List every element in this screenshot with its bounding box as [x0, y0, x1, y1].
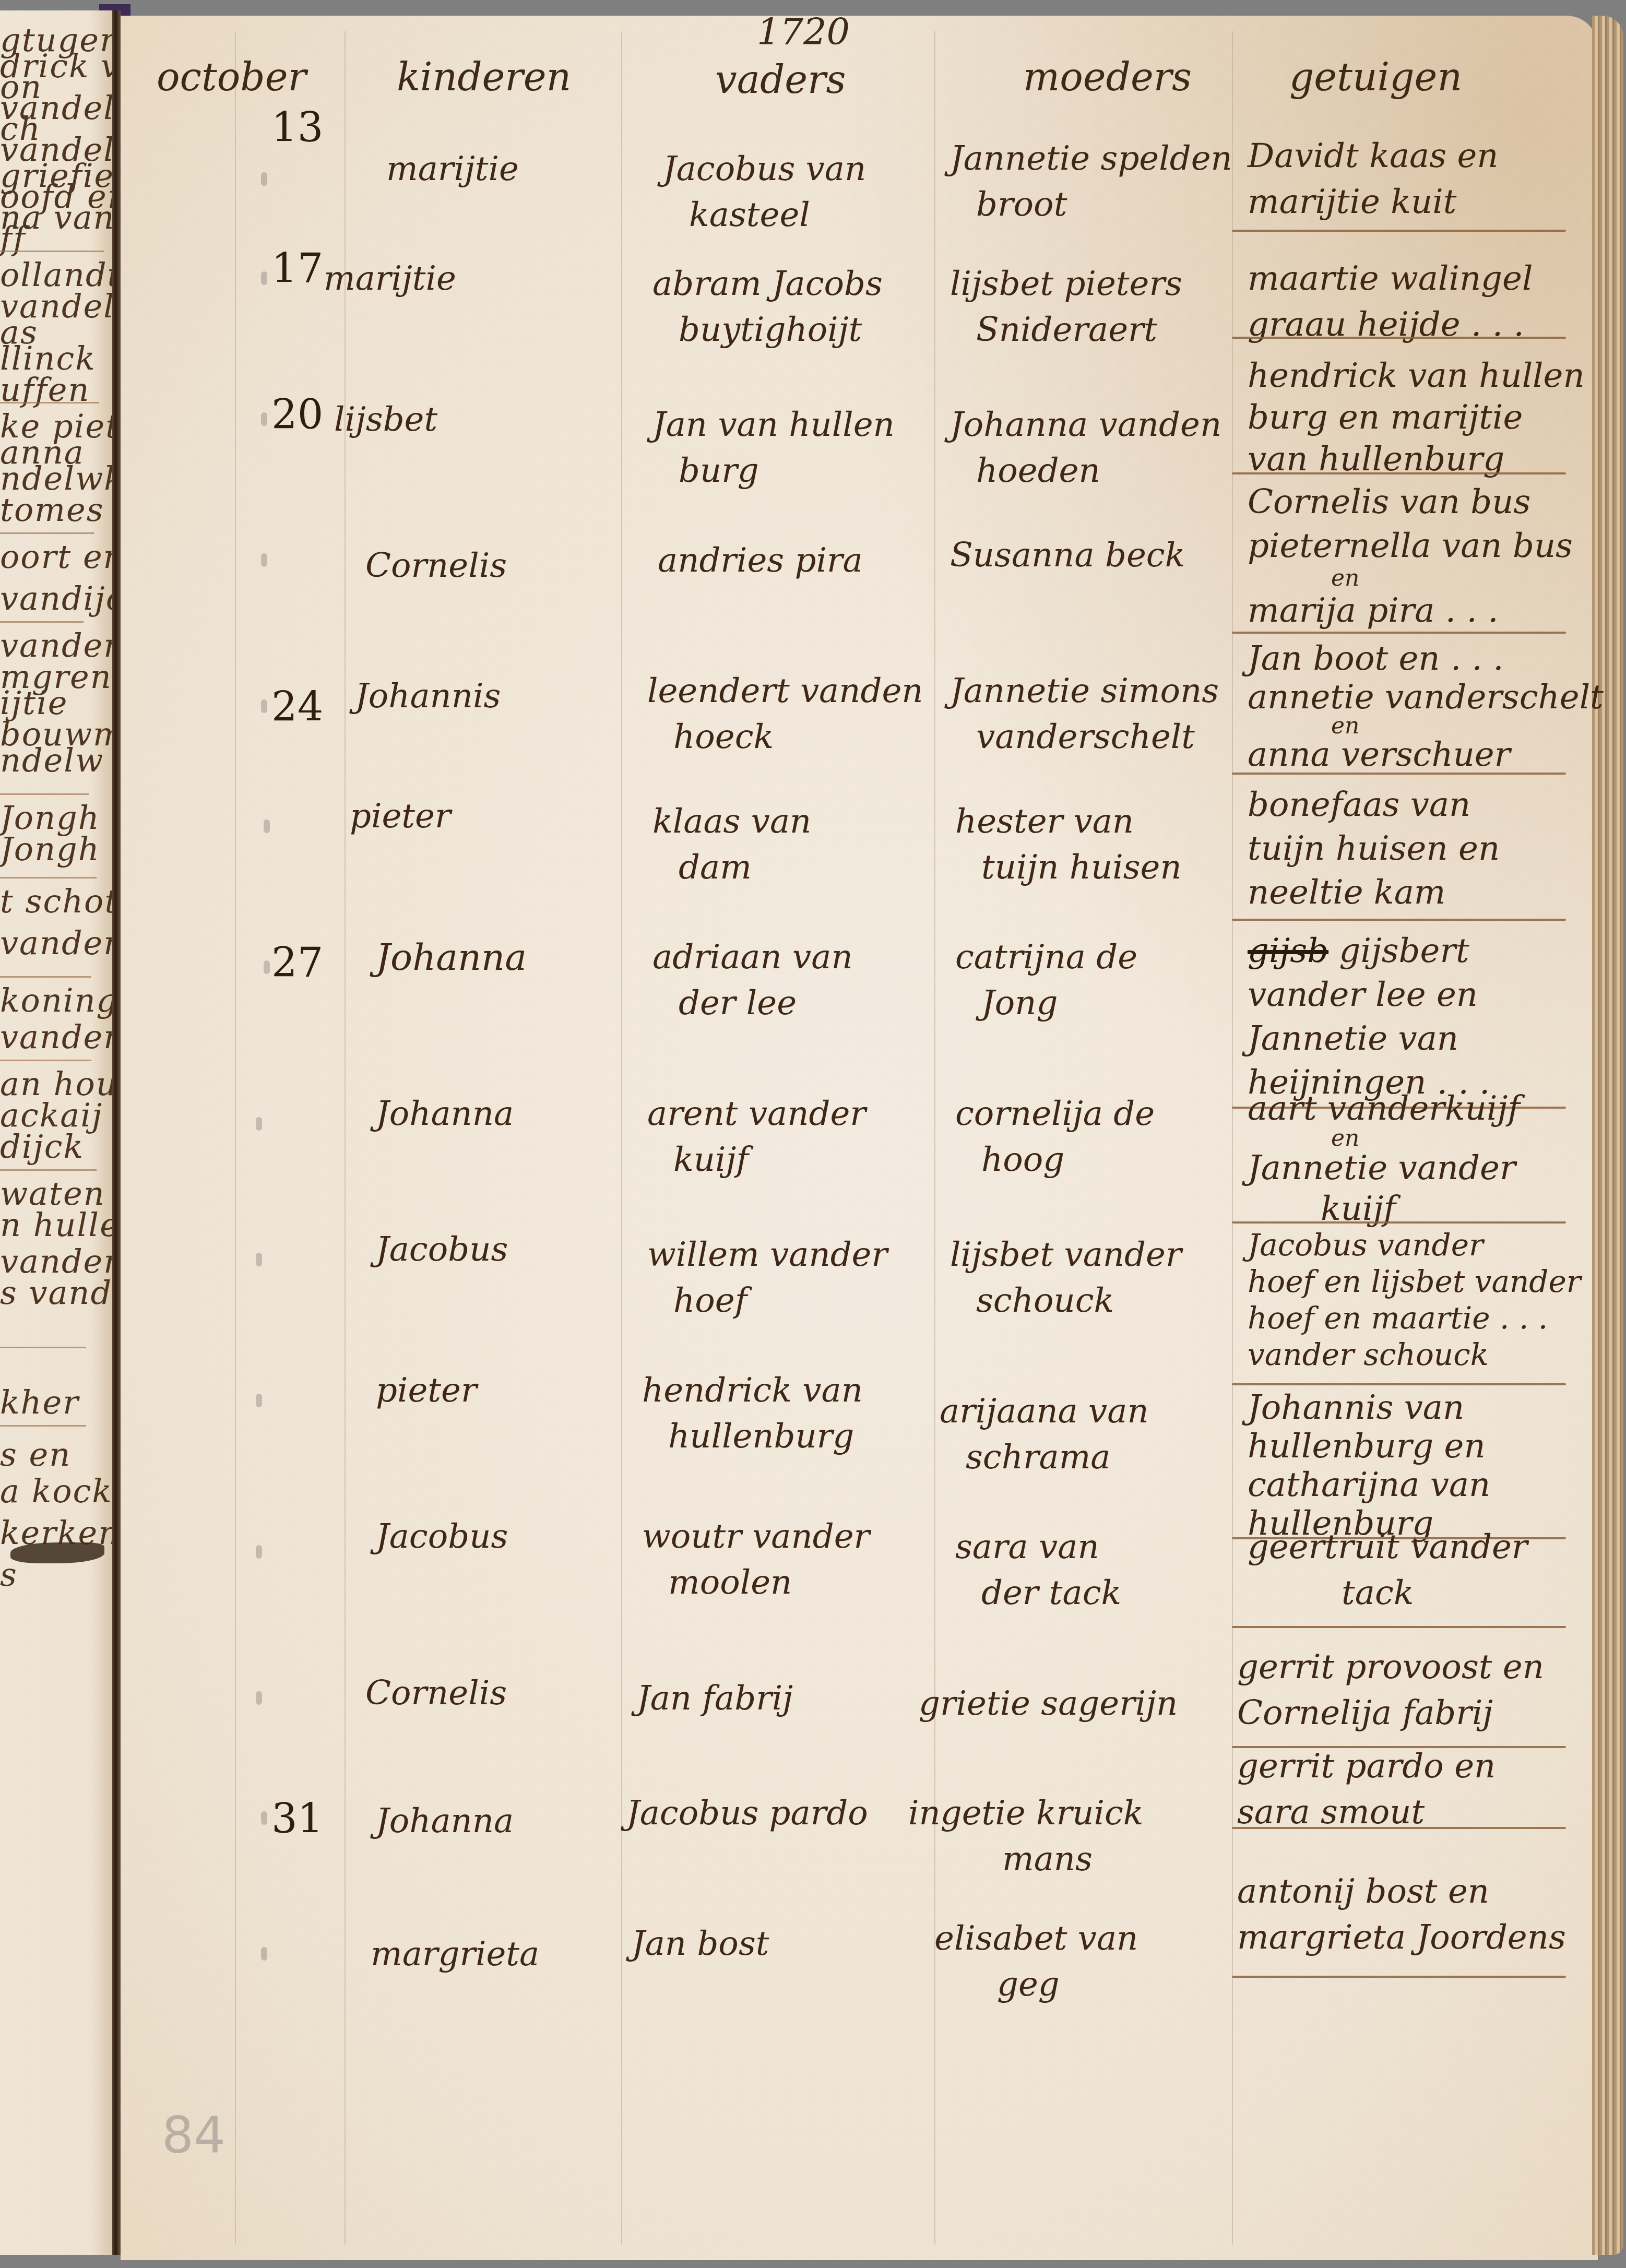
- entry-child: Jacobus: [376, 1514, 508, 1560]
- entry-father: willem vanderhoef: [647, 1232, 887, 1324]
- entry-child: Johannis: [355, 673, 501, 719]
- entry-witnesses: gijsb gijsbertvander lee enJannetie vanh…: [1248, 929, 1490, 1105]
- pencil-tick: [261, 172, 267, 186]
- entry-witnesses: geertruit vandertack: [1248, 1524, 1527, 1616]
- entry-father: Jan bost: [632, 1921, 769, 1967]
- entry-father: arent vanderkuijf: [647, 1091, 866, 1183]
- entry-mother: sara vander tack: [955, 1524, 1121, 1616]
- entry-witnesses: aart vanderkuijfenJannetie vanderkuijf: [1248, 1088, 1520, 1229]
- entry-mother: lijsbet vanderschouck: [950, 1232, 1182, 1324]
- entry-witnesses: Johannis vanhullenburg encatharijna vanh…: [1248, 1388, 1490, 1543]
- entry-separator: [1232, 773, 1566, 775]
- previous-page-fragment: gtugen drick vaan on vandelw ch vandelw …: [0, 10, 112, 2255]
- pencil-tick: [264, 820, 270, 833]
- entry-witnesses: Davidt kaas enmarijtie kuit: [1248, 133, 1499, 225]
- entry-child: Cornelis: [365, 543, 507, 589]
- column-divider: [934, 31, 935, 2245]
- pencil-tick: [256, 1545, 262, 1559]
- pencil-tick: [256, 1117, 262, 1131]
- entry-child: pieter: [350, 793, 451, 839]
- left-page-rule: [0, 402, 99, 403]
- left-page-rule: [0, 1425, 86, 1427]
- entry-separator: [1232, 472, 1566, 474]
- entry-separator: [1232, 632, 1566, 634]
- entry-witnesses: hendrick van hullenburg en marijtievan h…: [1248, 355, 1585, 480]
- entry-mother: lijsbet pietersSnideraert: [950, 261, 1182, 353]
- entry-mother: grietie sagerijn: [919, 1681, 1178, 1727]
- entry-mother: arijaana vanschrama: [940, 1388, 1149, 1480]
- left-page-line: t schot: [0, 882, 112, 920]
- left-page-line: vander: [0, 1018, 112, 1056]
- register-year: 1720: [757, 10, 850, 53]
- pencil-tick: [256, 1253, 262, 1266]
- entry-father: woutr vandermoolen: [642, 1514, 870, 1606]
- left-page-line: vandijch: [0, 579, 112, 618]
- entry-father: Jacobus pardo: [626, 1790, 868, 1836]
- left-page-rule: [0, 793, 89, 795]
- entry-witnesses: maartie walingelgraau heijde . . .: [1248, 256, 1533, 348]
- book-gutter: [112, 10, 121, 2255]
- column-divider: [235, 31, 236, 2245]
- left-page-rule: [0, 251, 104, 252]
- pencil-tick: [264, 960, 270, 974]
- column-header-month: october: [157, 55, 306, 100]
- entry-witnesses: Jacobus vanderhoef en lijsbet vanderhoef…: [1248, 1227, 1581, 1373]
- left-page-rule: [0, 532, 94, 534]
- left-page-line: a kocks: [0, 1472, 112, 1510]
- pencil-tick: [261, 1947, 267, 1961]
- entry-separator: [1232, 919, 1566, 921]
- left-page-line: Jongh: [0, 830, 100, 868]
- entry-mother: Susanna beck: [950, 532, 1185, 578]
- column-header-mothers: moeders: [1023, 55, 1192, 100]
- pencil-tick: [261, 412, 267, 426]
- pencil-page-number: 84: [162, 2106, 225, 2165]
- pencil-tick: [256, 1691, 262, 1705]
- entry-child: margrieta: [371, 1931, 539, 1977]
- left-page-line: koning: [0, 981, 112, 1019]
- entry-mother: hester vantuijn huisen: [955, 799, 1182, 890]
- entry-day: 31: [271, 1796, 323, 1843]
- column-header-children: kinderen: [397, 55, 571, 100]
- entry-father: Jan van hullenburg: [652, 402, 895, 494]
- entry-mother: Jannetie simonsvanderschelt: [950, 668, 1219, 760]
- entry-separator: [1232, 1383, 1566, 1385]
- entry-child: Cornelis: [365, 1670, 507, 1716]
- entry-mother: elisabet vangeg: [934, 1916, 1138, 2008]
- column-header-witnesses: getuigen: [1289, 55, 1462, 100]
- left-page-rule: [0, 877, 97, 878]
- entry-witnesses: Cornelis van buspieternella van busenmar…: [1248, 480, 1573, 633]
- entry-father: klaas vandam: [652, 799, 811, 890]
- column-divider: [621, 31, 622, 2245]
- entry-day: 20: [271, 391, 323, 438]
- pencil-tick: [261, 553, 267, 567]
- left-page-rule: [0, 1347, 86, 1348]
- entry-child: marijtie: [324, 256, 456, 302]
- entry-father: Jan fabrij: [637, 1676, 793, 1721]
- entry-separator: [1232, 1221, 1566, 1224]
- entry-day: 13: [271, 104, 323, 151]
- entry-mother: Johanna vandenhoeden: [950, 402, 1221, 494]
- entry-child: Johanna: [376, 1091, 514, 1137]
- column-header-fathers: vaders: [715, 57, 846, 102]
- pencil-tick: [261, 1811, 267, 1825]
- left-page-rule: [0, 621, 84, 623]
- column-divider: [345, 31, 346, 2245]
- entry-separator: [1232, 1976, 1566, 1978]
- left-page-line: dijck: [0, 1127, 84, 1166]
- left-page-rule: [0, 1060, 91, 1061]
- entry-day: 27: [271, 940, 323, 987]
- entry-witnesses: antonij bost enmargrieta Joordens: [1237, 1869, 1566, 1961]
- left-page-line: kher: [0, 1383, 79, 1421]
- entry-child: lijsbet: [334, 397, 437, 443]
- left-page-line: s: [0, 1555, 18, 1594]
- entry-separator: [1232, 1626, 1566, 1628]
- entry-child: Jacobus: [376, 1227, 508, 1273]
- entry-mother: catrijna deJong: [955, 934, 1137, 1026]
- entry-father: hendrick vanhullenburg: [642, 1368, 863, 1459]
- left-page-line: n hullen: [0, 1206, 112, 1244]
- left-page-line: oort en: [0, 538, 112, 576]
- pencil-tick: [256, 1394, 262, 1407]
- left-page-line: vanden: [0, 924, 112, 962]
- entry-separator: [1232, 1827, 1566, 1829]
- entry-child: Johanna: [376, 934, 527, 980]
- entry-mother: cornelija dehoog: [955, 1091, 1155, 1183]
- entry-father: abram Jacobsbuytighoijt: [652, 261, 883, 353]
- entry-separator: [1232, 230, 1566, 232]
- entry-father: Jacobus vankasteel: [663, 146, 866, 238]
- ink-blot: [10, 1542, 104, 1563]
- entry-mother: Jannetie speldenbroot: [950, 136, 1232, 228]
- left-page-line: s en: [0, 1435, 71, 1474]
- left-page-line: s vander: [0, 1274, 112, 1312]
- entry-mother: ingetie kruickmans: [908, 1790, 1144, 1882]
- entry-day: 24: [271, 684, 323, 731]
- page-edges: [1592, 16, 1623, 2255]
- entry-witnesses: gerrit pardo ensara smout: [1237, 1743, 1496, 1835]
- entry-father: adriaan vander lee: [652, 934, 853, 1026]
- pencil-tick: [261, 271, 267, 285]
- left-page-rule: [0, 1169, 97, 1171]
- entry-father: leendert vandenhoeck: [647, 668, 923, 760]
- entry-child: pieter: [376, 1368, 477, 1414]
- column-divider: [1232, 31, 1233, 2245]
- struck-out-word: gijsb: [1248, 932, 1328, 970]
- entry-child: marijtie: [386, 146, 519, 192]
- entry-witnesses: Jan boot en . . .annetie vanderscheltena…: [1248, 639, 1604, 774]
- entry-day: 17: [271, 245, 323, 292]
- left-page-line: ndelw: [0, 741, 104, 779]
- entry-witnesses: bonefaas vantuijn huisen enneeltie kam: [1248, 783, 1500, 915]
- entry-child: Johanna: [376, 1798, 514, 1844]
- entry-father: andries pira: [658, 538, 863, 584]
- left-page-line: tomes: [0, 491, 104, 529]
- left-page-rule: [0, 976, 91, 978]
- entry-witnesses: gerrit provoost enCornelija fabrij: [1237, 1644, 1544, 1736]
- entry-separator: [1232, 337, 1566, 339]
- pencil-tick: [261, 699, 267, 713]
